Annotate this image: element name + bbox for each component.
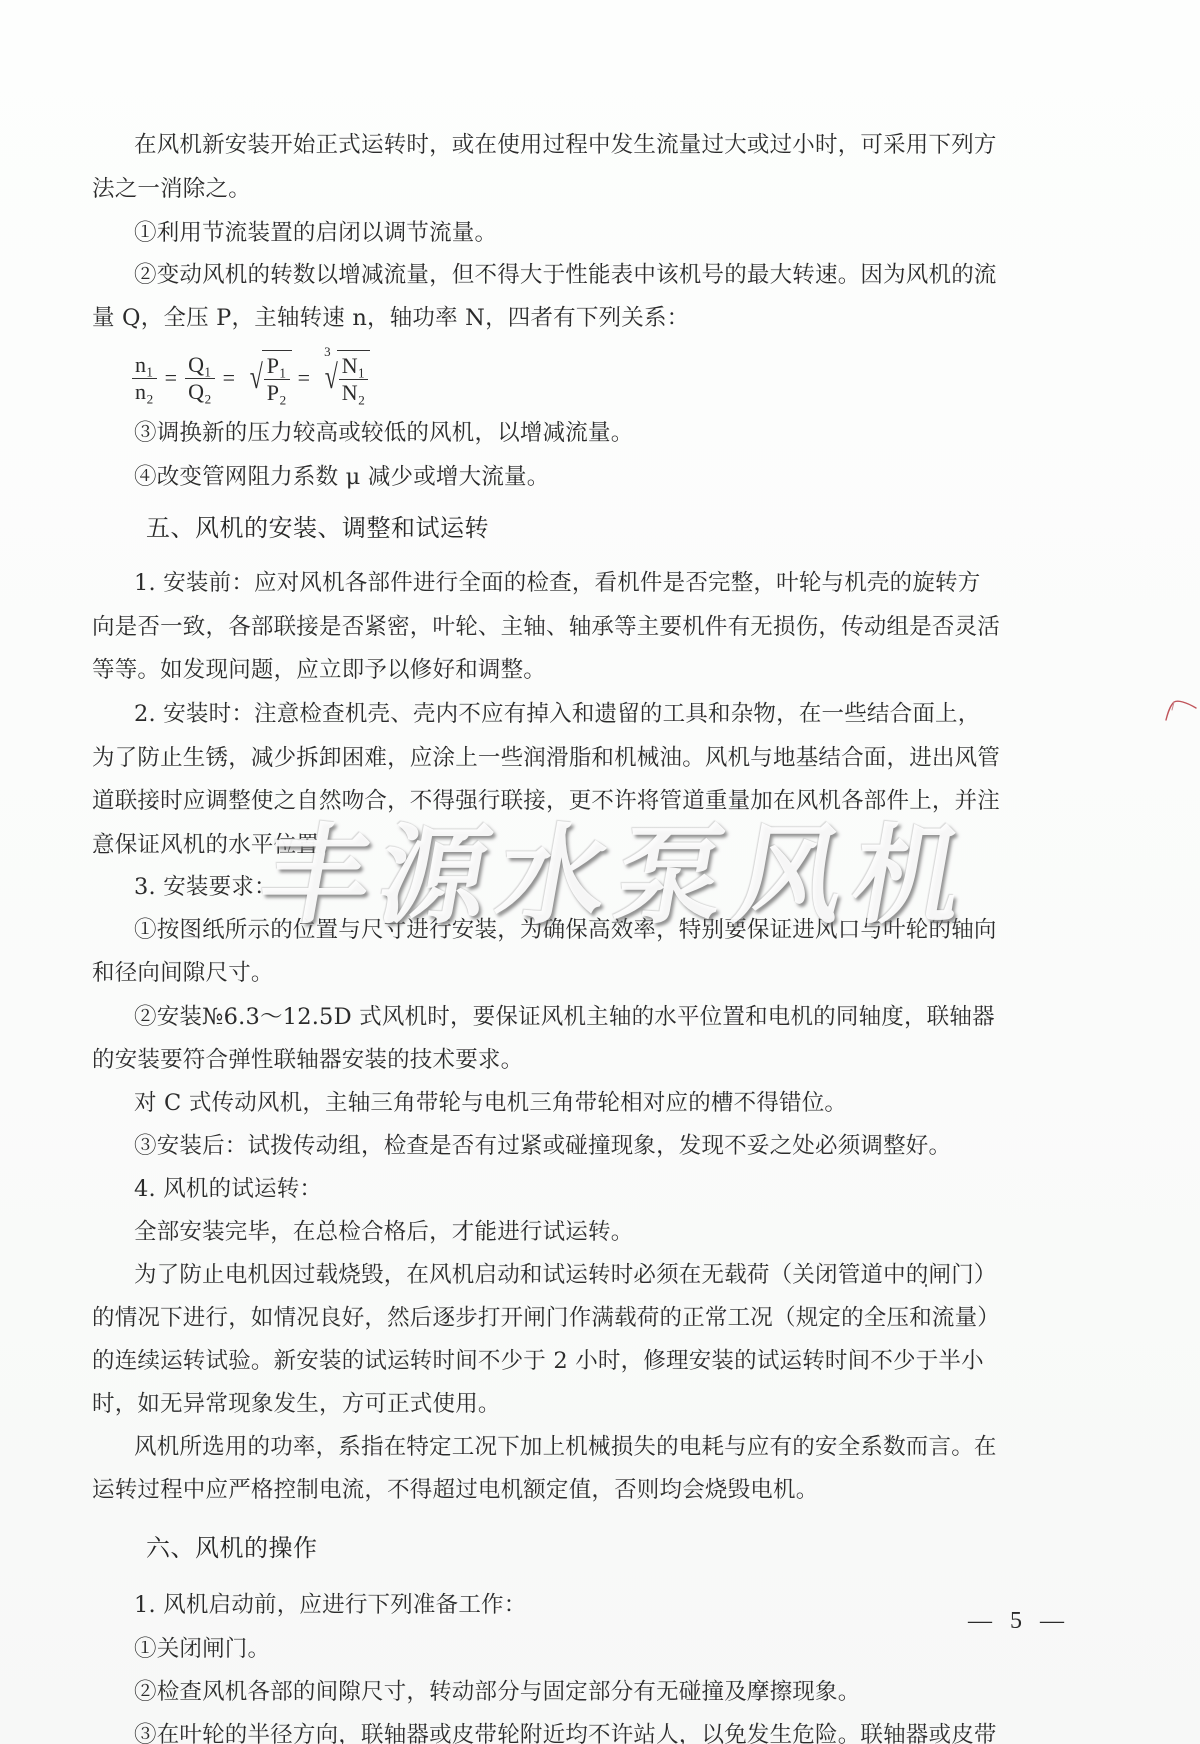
fraction-speed: n₁ n₂	[132, 352, 157, 405]
paragraph-line: 的情况下进行，如情况良好，然后逐步打开闸门作满载荷的正常工况（规定的全压和流量）	[92, 1303, 1000, 1333]
paragraph-line: 等等。如发现问题，应立即予以修好和调整。	[92, 655, 546, 685]
fraction-flow: Q₁ Q₂	[185, 352, 215, 405]
equals-sign: =	[298, 365, 310, 391]
scanned-page: 在风机新安装开始正式运转时，或在使用过程中发生流量过大或过小时，可采用下列方 法…	[0, 0, 1200, 1744]
paragraph-line: 为了防止电机因过载烧毁，在风机启动和试运转时必须在无载荷（关闭管道中的闸门）	[134, 1260, 997, 1290]
fraction-power: N₁ N₂	[339, 353, 369, 406]
paragraph-line: 道联接时应调整使之自然吻合，不得强行联接，更不许将管道重量加在风机各部件上，并注	[92, 786, 1000, 816]
denominator: P₂	[264, 380, 290, 406]
paragraph-line: 量 Q，全压 P，主轴转速 n，轴功率 N，四者有下列关系：	[92, 303, 689, 333]
fraction-pressure: P₁ P₂	[264, 353, 290, 406]
list-item: ③在叶轮的半径方向，联轴器或皮带轮附近均不许站人，以免发生危险。联轴器或皮带	[134, 1720, 997, 1744]
list-item: ③调换新的压力较高或较低的风机，以增减流量。	[134, 418, 633, 448]
denominator: Q₂	[185, 379, 215, 405]
list-item: ①利用节流装置的启闭以调节流量。	[134, 218, 497, 248]
list-item: ②变动风机的转数以增减流量，但不得大于性能表中该机号的最大转速。因为风机的流	[134, 260, 997, 290]
paragraph-line: 的安装要符合弹性联轴器安装的技术要求。	[92, 1045, 523, 1075]
paragraph-line: 2. 安装时：注意检查机壳、壳内不应有掉入和遗留的工具和杂物，在一些结合面上，	[134, 699, 980, 729]
paragraph-line: 向是否一致，各部联接是否紧密，叶轮、主轴、轴承等主要机件有无损伤，传动组是否灵活	[92, 612, 1000, 642]
square-root: √ P₁ P₂	[247, 350, 292, 406]
paragraph-line: 3. 安装要求：	[134, 872, 277, 902]
paragraph-line: 时，如无异常现象发生，方可正式使用。	[92, 1389, 501, 1419]
paragraph-line: 全部安装完毕，在总检合格后，才能进行试运转。	[134, 1217, 633, 1247]
paragraph-line: 的连续运转试验。新安装的试运转时间不少于 2 小时，修理安装的试运转时间不少于半…	[92, 1346, 984, 1376]
list-item: ②安装№6.3～12.5D 式风机时，要保证风机主轴的水平位置和电机的同轴度，联…	[134, 1002, 995, 1032]
paragraph-line: 对 C 式传动风机，主轴三角带轮与电机三角带轮相对应的槽不得错位。	[134, 1088, 847, 1118]
denominator: n₂	[132, 379, 157, 405]
list-item: ①关闭闸门。	[134, 1634, 270, 1664]
paragraph-line: 1. 安装前：应对风机各部件进行全面的检查，看机件是否完整，叶轮与机壳的旋转方	[134, 568, 980, 598]
page-number: — 5 —	[968, 1608, 1070, 1635]
watermark-char: 泵	[608, 822, 735, 930]
list-item: ③安装后：试拨传动组，检查是否有过紧或碰撞现象，发现不妥之处必须调整好。	[134, 1131, 951, 1161]
watermark-char: 机	[844, 822, 971, 930]
denominator: N₂	[339, 380, 369, 406]
scan-speck	[925, 1284, 927, 1287]
paragraph-line: 风机所选用的功率，系指在特定工况下加上机械损失的电耗与应有的安全系数而言。在	[134, 1432, 997, 1462]
paragraph-line: 意保证风机的水平位置。	[92, 830, 342, 860]
scan-speck	[518, 1497, 520, 1500]
paragraph-line: 为了防止生锈，减少拆卸困难，应涂上一些润滑脂和机械油。风机与地基结合面，进出风管	[92, 743, 1000, 773]
paragraph-line: 运转过程中应严格控制电流，不得超过电机额定值，否则均会烧毁电机。	[92, 1475, 818, 1505]
paragraph-line: 4. 风机的试运转：	[134, 1174, 322, 1204]
equals-sign: =	[223, 365, 235, 391]
radical-icon: √	[250, 350, 263, 406]
radical-icon: √	[325, 350, 338, 406]
numerator: P₁	[264, 353, 290, 380]
watermark-char: 源	[371, 822, 498, 930]
paragraph-line: 和径向间隙尺寸。	[92, 958, 274, 988]
list-item: ④改变管网阻力系数 μ 减少或增大流量。	[134, 462, 549, 492]
equals-sign: =	[165, 365, 177, 391]
list-item: ②检查风机各部的间隙尺寸，转动部分与固定部分有无碰撞及摩擦现象。	[134, 1677, 860, 1707]
list-item: ①按图纸所示的位置与尺寸进行安装，为确保高效率，特别要保证进风口与叶轮的轴向	[134, 915, 997, 945]
numerator: n₁	[132, 352, 157, 379]
paragraph-line: 在风机新安装开始正式运转时，或在使用过程中发生流量过大或过小时，可采用下列方	[134, 130, 997, 160]
paragraph-line: 1. 风机启动前，应进行下列准备工作：	[134, 1590, 526, 1620]
fan-law-formula: n₁ n₂ = Q₁ Q₂ = √ P₁ P₂ = 3 √ N₁ N	[130, 346, 370, 410]
section-heading: 六、风机的操作	[146, 1532, 318, 1564]
watermark-char: 风	[726, 822, 853, 930]
numerator: N₁	[339, 353, 369, 380]
paragraph-line: 法之一消除之。	[92, 174, 251, 204]
numerator: Q₁	[185, 352, 215, 379]
pen-mark-icon	[1162, 696, 1198, 722]
cube-root: 3 √ N₁ N₂	[322, 350, 370, 406]
watermark-char: 水	[489, 822, 616, 930]
section-heading: 五、风机的安装、调整和试运转	[146, 512, 489, 544]
